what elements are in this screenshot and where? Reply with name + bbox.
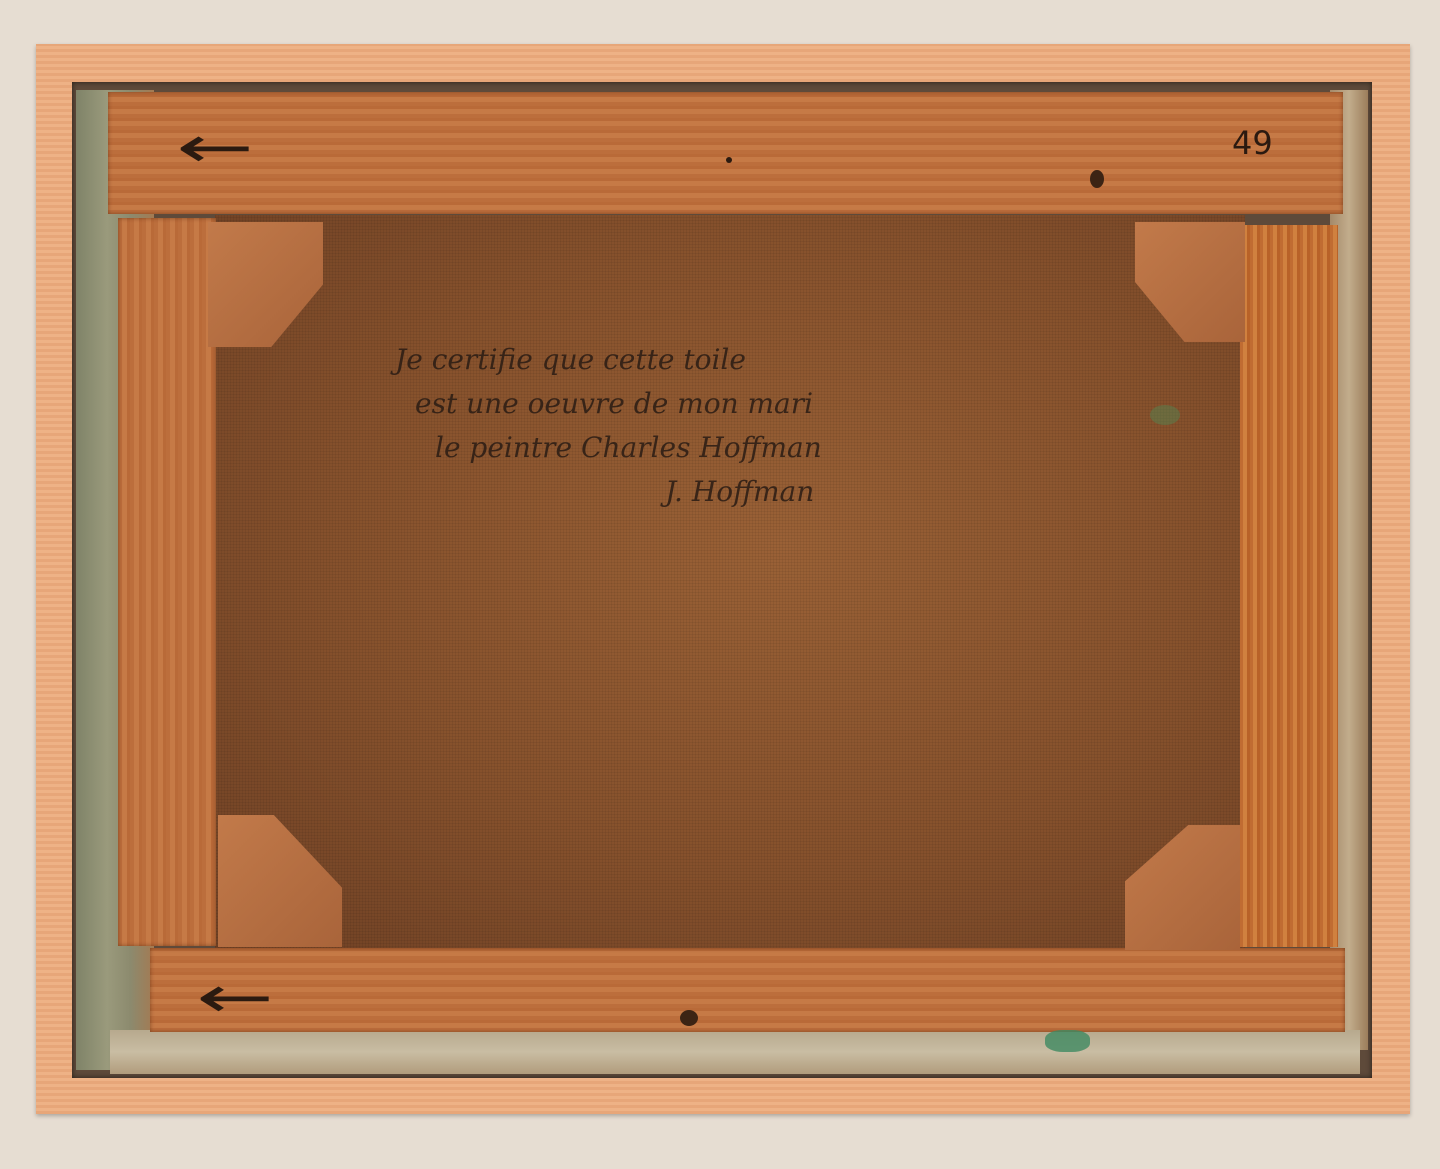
nail-hole [680,1010,698,1026]
nail-hole [1090,170,1104,188]
handwritten-inscription: Je certifie que cette toile est une oeuv… [385,338,1085,514]
stretcher-bar-left [118,218,216,946]
stretcher-bar-right [1240,225,1338,947]
stretcher-bar-top [108,92,1343,214]
inscription-line: est une oeuvre de mon mari [385,382,1085,426]
arrow-left-icon: ← [176,118,254,176]
canvas-back [215,215,1245,950]
paint-stain [1045,1030,1090,1052]
inscription-line: le peintre Charles Hoffman [385,426,1085,470]
paint-stain [1150,405,1180,425]
stretcher-bar-bottom [150,948,1345,1032]
nail-hole [726,157,732,163]
signature: J. Hoffman [385,470,1085,514]
canvas-tacking-edge-bottom [110,1030,1360,1074]
arrow-left-icon: ← [196,968,274,1026]
inscription-line: Je certifie que cette toile [385,338,1085,382]
inventory-number: 49 [1232,124,1273,162]
